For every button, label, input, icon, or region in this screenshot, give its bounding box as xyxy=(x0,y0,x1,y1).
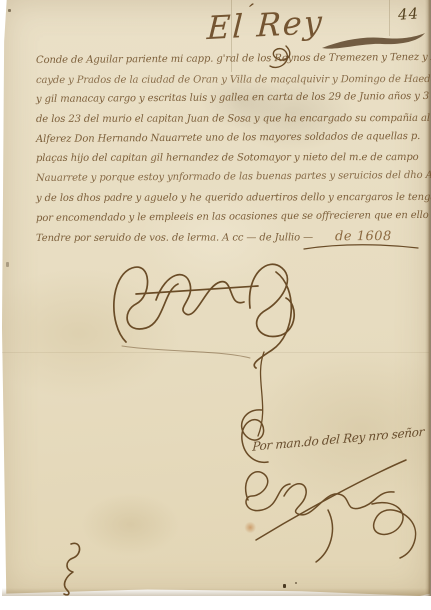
folio-number: 44 xyxy=(397,4,419,23)
royal-heading: El Rey xyxy=(206,3,325,47)
ink-speck xyxy=(8,9,11,12)
ink-speck xyxy=(6,262,9,267)
date-line-text: Tendre por seruido de vos. de lerma. A c… xyxy=(36,232,313,244)
ink-speck xyxy=(283,584,286,588)
manuscript-line: Nauarrete y porque estoy ynformado de la… xyxy=(36,166,430,189)
manuscript-line: por encomendado y le empleeis en las oca… xyxy=(36,205,430,228)
ink-speck xyxy=(295,582,297,584)
royal-signature xyxy=(100,246,340,374)
manuscript-line: Conde de Aguilar pariente mi capp. g'ral… xyxy=(36,48,430,71)
paraph-mark xyxy=(57,540,85,592)
fold-crease-vertical xyxy=(389,0,390,36)
letter-body: Conde de Aguilar pariente mi capp. g'ral… xyxy=(36,51,430,248)
manuscript-line: Alferez Don Hernando Nauarrete uno de lo… xyxy=(36,127,430,150)
manuscript-line: y gil manacay cargo y escritas luis y ga… xyxy=(36,87,430,110)
manuscript-photo: 44 El Rey ´ Conde de Aguilar pariente mi… xyxy=(0,0,431,610)
secretary-signature xyxy=(232,452,430,570)
